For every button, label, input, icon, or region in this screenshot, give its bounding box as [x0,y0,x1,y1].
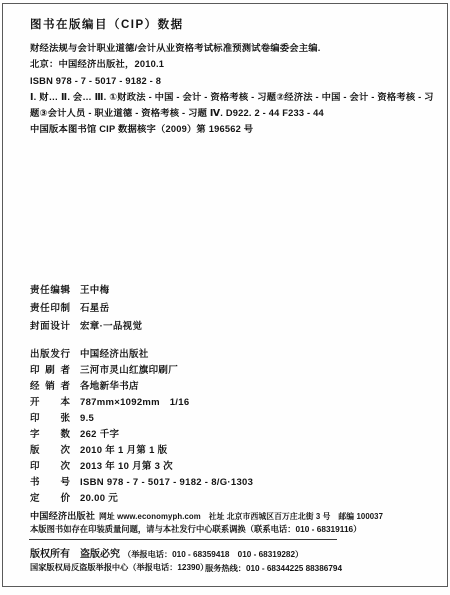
cip-line-isbn: ISBN 978 - 7 - 5017 - 9182 - 8 [30,73,434,89]
footer-quality-line: 本版图书如存在印装质量问题，请与本社发行中心联系调换（联系电话：010 - 68… [30,523,361,535]
pub-row-publisher: 出版发行中国经济出版社 [30,347,253,363]
cip-line-record-number: 中国版本图书馆 CIP 数据核字（2009）第 196562 号 [30,121,434,137]
pub-row-sheets: 印张9.5 [30,411,253,427]
footer-service-hotline: 服务热线：010 - 68344225 88386794 [205,563,342,574]
footer-copyright-phones: （举报电话：010 - 68359418 010 - 68319282） [123,550,303,559]
publication-block: 出版发行中国经济出版社 印刷者三河市灵山红旗印刷厂 经销者各地新华书店 开本78… [30,347,253,507]
pub-value: 9.5 [80,413,94,424]
pub-label: 定价 [30,491,70,507]
pub-value: 787mm×1092mm 1/16 [80,397,189,408]
pub-label: 印张 [30,411,70,427]
pub-label: 印刷者 [30,363,70,379]
pub-label: 出版发行 [30,347,70,363]
pub-value: 2013 年 10 月第 3 次 [80,461,173,472]
pub-value: 262 千字 [80,429,119,440]
pub-label: 版次 [30,443,70,459]
footer-publisher-name: 中国经济出版社 [30,511,95,521]
pub-label: 开本 [30,395,70,411]
staff-label: 封面设计 [30,318,70,336]
pub-value: 中国经济出版社 [80,349,149,360]
pub-value: 各地新华书店 [80,381,139,392]
cip-block: 图书在版编目（CIP）数据 财经法规与会计职业道德/会计从业资格考试标准预测试卷… [30,16,434,138]
cip-line-publisher: 北京：中国经济出版社，2010.1 [30,56,434,72]
footer-copyright-notice: 版权所有 盗版必究 [30,549,120,560]
pub-row-book-number: 书号ISBN 978 - 7 - 5017 - 9182 - 8/G·1303 [30,475,253,491]
pub-row-format: 开本787mm×1092mm 1/16 [30,395,253,411]
footer-publisher-line: 中国经济出版社网址 www.economyph.com 社址 北京市西城区百万庄… [30,508,383,522]
pub-row-impression: 印次2013 年 10 月第 3 次 [30,459,253,475]
cip-title: 图书在版编目（CIP）数据 [30,16,434,32]
pub-row-edition: 版次2010 年 1 月第 1 版 [30,443,253,459]
pub-label: 字数 [30,427,70,443]
staff-block: 责任编辑王中梅 责任印制石星岳 封面设计宏章·一品视觉 [30,282,142,336]
staff-value: 石星岳 [80,303,109,314]
footer-divider-rule [29,539,337,540]
pub-label: 印次 [30,459,70,475]
pub-row-word-count: 字数262 千字 [30,427,253,443]
cip-line-classification-1: Ⅰ. 财… Ⅱ. 会… Ⅲ. ①财政法 - 中国 - 会计 - 资格考核 - 习… [30,89,434,105]
pub-value: 三河市灵山红旗印刷厂 [80,365,178,376]
staff-label: 责任印制 [30,300,70,318]
pub-label: 书号 [30,475,70,491]
footer-publisher-contact: 网址 www.economyph.com 社址 北京市西城区百万庄北街 3 号 … [99,512,383,521]
cip-line-classification-2: 题③会计人员 - 职业道德 - 资格考核 - 习题 Ⅳ. D922. 2 - 4… [30,105,434,121]
pub-value: ISBN 978 - 7 - 5017 - 9182 - 8/G·1303 [80,477,253,488]
pub-value: 20.00 元 [80,493,118,504]
pub-row-distributor: 经销者各地新华书店 [30,379,253,395]
cip-line-book-title: 财经法规与会计职业道德/会计从业资格考试标准预测试卷编委会主编. [30,40,434,56]
staff-row-printing: 责任印制石星岳 [30,300,142,318]
pub-value: 2010 年 1 月第 1 版 [80,445,167,456]
staff-row-editor: 责任编辑王中梅 [30,282,142,300]
book-copyright-page: 图书在版编目（CIP）数据 财经法规与会计职业道德/会计从业资格考试标准预测试卷… [0,0,450,595]
staff-row-cover-design: 封面设计宏章·一品视觉 [30,318,142,336]
pub-label: 经销者 [30,379,70,395]
pub-row-printer: 印刷者三河市灵山红旗印刷厂 [30,363,253,379]
staff-value: 王中梅 [80,285,109,296]
pub-row-price: 定价20.00 元 [30,491,253,507]
staff-value: 宏章·一品视觉 [80,321,142,332]
staff-label: 责任编辑 [30,282,70,300]
footer-copyright-line: 版权所有 盗版必究（举报电话：010 - 68359418 010 - 6831… [30,545,303,560]
footer-report-line: 国家版权局反盗版举报中心（举报电话：12390） 服务热线：010 - 6834… [30,562,430,573]
footer-report-center: 国家版权局反盗版举报中心（举报电话：12390） [30,563,208,572]
